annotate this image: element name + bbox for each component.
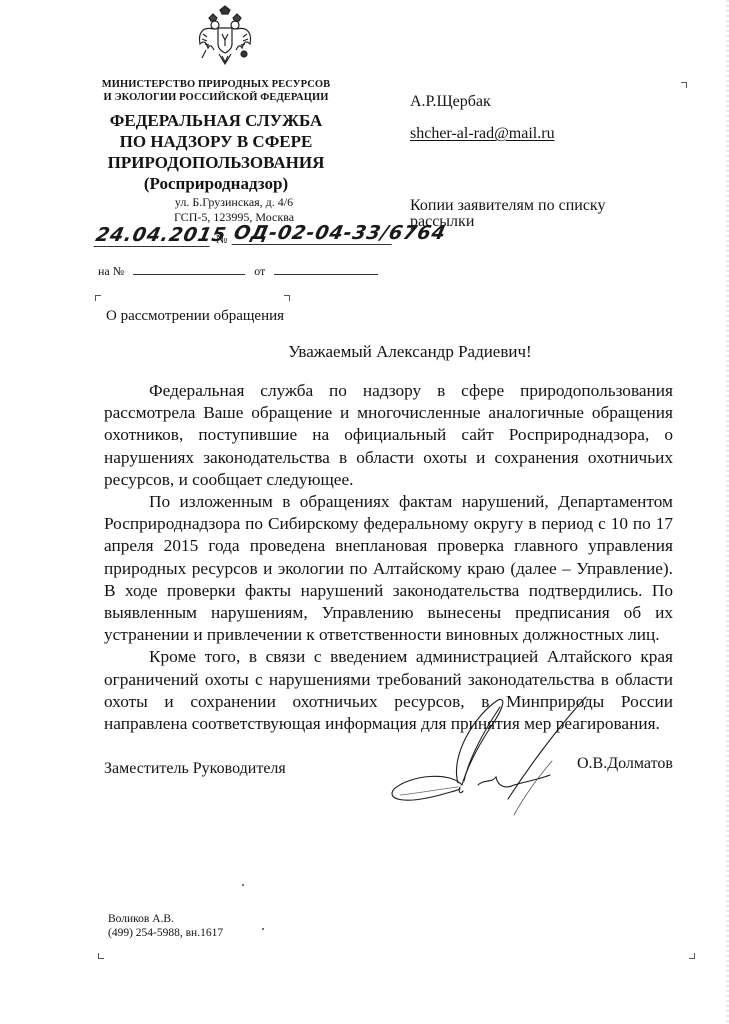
- agency-line: ПРИРОДОПОЛЬЗОВАНИЯ: [84, 152, 348, 173]
- address-line: ул. Б.Грузинская, д. 4/6: [120, 195, 348, 210]
- russian-coat-of-arms-icon: [192, 4, 258, 70]
- signatory-title: Заместитель Руководителя: [104, 760, 286, 778]
- reference-number-label: на №: [98, 264, 124, 278]
- signatory-name: О.В.Долматов: [577, 755, 673, 773]
- corner-mark: [284, 295, 290, 301]
- letter-body: Федеральная служба по надзору в сфере пр…: [104, 380, 673, 735]
- ministry-line: МИНИСТЕРСТВО ПРИРОДНЫХ РЕСУРСОВ: [84, 78, 348, 91]
- agency-address: ул. Б.Грузинская, д. 4/6 ГСП-5, 123995, …: [84, 195, 348, 225]
- recipient-email: shcher-al-rad@mail.ru: [410, 125, 555, 143]
- agency-name: ФЕДЕРАЛЬНАЯ СЛУЖБА ПО НАДЗОРУ В СФЕРЕ ПР…: [84, 110, 348, 194]
- salutation: Уважаемый Александр Радиевич!: [100, 342, 680, 362]
- body-paragraph: По изложенным в обращениях фактам наруше…: [104, 491, 673, 646]
- scan-speck: [262, 928, 264, 930]
- ministry-name: МИНИСТЕРСТВО ПРИРОДНЫХ РЕСУРСОВ И ЭКОЛОГ…: [84, 78, 348, 104]
- reference-date-blank: [274, 264, 378, 275]
- corner-mark: [681, 82, 687, 88]
- agency-short-name: (Росприроднадзор): [84, 173, 348, 194]
- copies-note: Копии заявителям по списку рассылки: [410, 198, 640, 230]
- corner-mark: [95, 295, 101, 301]
- executor-info: Воликов А.В. (499) 254-5988, вн.1617: [108, 912, 223, 940]
- reference-date-label: от: [254, 264, 265, 278]
- letter-subject: О рассмотрении обращения: [106, 308, 284, 325]
- body-paragraph: Федеральная служба по надзору в сфере пр…: [104, 380, 673, 491]
- registration-date: 24.04.2015: [94, 224, 215, 247]
- recipient-name: А.Р.Щербак: [410, 93, 491, 111]
- agency-line: ФЕДЕРАЛЬНАЯ СЛУЖБА: [84, 110, 348, 131]
- executor-name: Воликов А.В.: [108, 912, 223, 926]
- registration-number: ОД-02-04-33/6764: [232, 222, 397, 245]
- corner-mark: [689, 953, 695, 959]
- executor-phone: (499) 254-5988, вн.1617: [108, 926, 223, 940]
- reference-number-blank: [133, 264, 245, 275]
- handwritten-signature-icon: [380, 695, 600, 835]
- ministry-line: И ЭКОЛОГИИ РОССИЙСКОЙ ФЕДЕРАЦИИ: [84, 91, 348, 104]
- registration-number-label: №: [216, 232, 227, 247]
- agency-line: ПО НАДЗОРУ В СФЕРЕ: [84, 131, 348, 152]
- scan-speck: [242, 884, 244, 886]
- corner-mark: [98, 953, 104, 959]
- reference-line: на № от: [98, 264, 378, 279]
